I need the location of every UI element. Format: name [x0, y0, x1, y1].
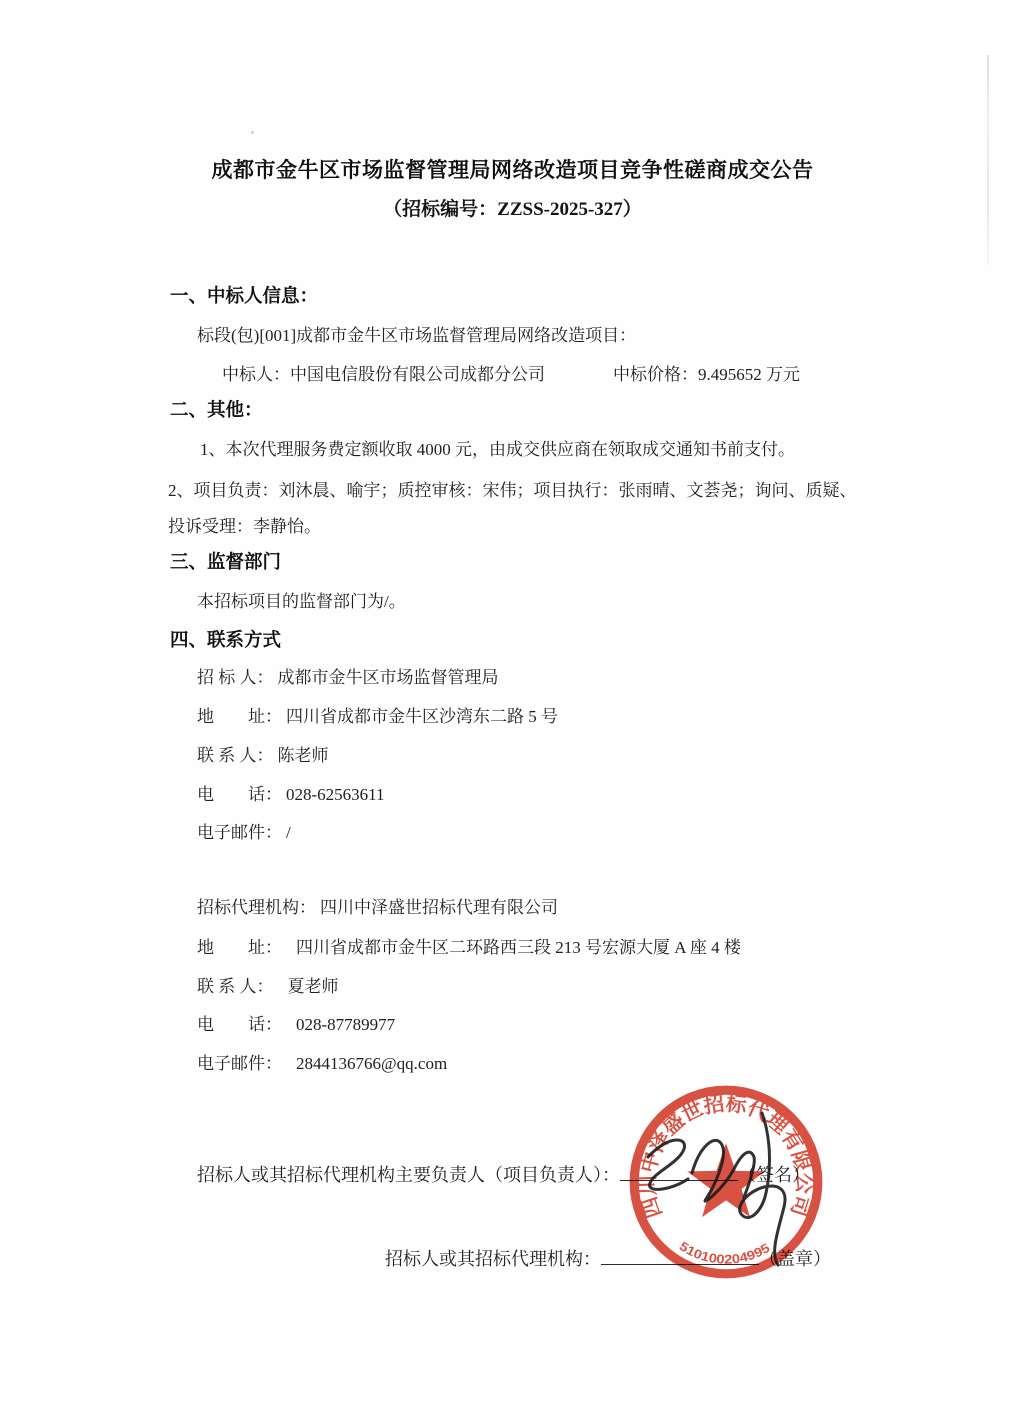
- page-title: 成都市金牛区市场监督管理局网络改造项目竞争性磋商成交公告: [0, 158, 1011, 182]
- section2-heading: 二、其他：: [170, 398, 263, 422]
- agency-contact-label: 联 系 人：: [197, 975, 274, 999]
- tenderer-email-row: 电子邮件：/: [197, 821, 291, 845]
- agency-address-label: 地 址：: [197, 936, 282, 960]
- tenderer-name-label: 招 标 人：: [197, 666, 274, 690]
- agency-phone-row: 电 话：028-87789977: [197, 1013, 395, 1037]
- tenderer-contact-label: 联 系 人：: [197, 744, 274, 768]
- tenderer-address-value: 四川省成都市金牛区沙湾东二路 5 号: [286, 705, 558, 729]
- agency-name-value: 四川中泽盛世招标代理有限公司: [320, 896, 558, 920]
- principal-signoff-label: 招标人或其招标代理机构主要负责人（项目负责人）：: [197, 1165, 620, 1185]
- document-page: 成都市金牛区市场监督管理局网络改造项目竞争性磋商成交公告 （招标编号：ZZSS-…: [0, 0, 1011, 1428]
- tenderer-address-row: 地 址：四川省成都市金牛区沙湾东二路 5 号: [197, 705, 558, 729]
- tenderer-phone-value: 028-62563611: [286, 783, 385, 807]
- tenderer-address-label: 地 址：: [197, 705, 282, 729]
- agency-address-value: 四川省成都市金牛区二环路西三段 213 号宏源大厦 A 座 4 楼: [296, 936, 741, 960]
- other-item2-line2: 投诉受理：李静怡。: [168, 515, 321, 539]
- agency-contact-value: 夏老师: [288, 975, 339, 999]
- agency-email-value: 2844136766@qq.com: [296, 1052, 447, 1076]
- tenderer-email-value: /: [286, 821, 291, 845]
- agency-email-row: 电子邮件：2844136766@qq.com: [197, 1052, 447, 1076]
- other-item2-line1: 2、项目负责：刘沐晨、喻宇；质控审核：宋伟；项目执行：张雨晴、文荟尧；询问、质疑…: [168, 479, 857, 503]
- section4-heading: 四、联系方式: [170, 628, 281, 652]
- tenderer-phone-label: 电 话：: [197, 783, 282, 807]
- signature-stroke: [648, 1140, 688, 1189]
- tenderer-contact-row: 联 系 人：陈老师: [197, 744, 329, 768]
- lot-line: 标段(包)[001]成都市金牛区市场监督管理局网络改造项目：: [197, 324, 636, 348]
- agency-contact-row: 联 系 人：夏老师: [197, 975, 339, 999]
- winner-name: 中标人：中国电信股份有限公司成都分公司: [222, 363, 613, 387]
- section3-heading: 三、监督部门: [170, 550, 281, 574]
- org-signoff-label: 招标人或其招标代理机构：: [385, 1249, 601, 1269]
- agency-name-label: 招标代理机构：: [197, 896, 316, 920]
- agency-name-row: 招标代理机构：四川中泽盛世招标代理有限公司: [197, 896, 558, 920]
- agency-email-label: 电子邮件：: [197, 1052, 282, 1076]
- tenderer-phone-row: 电 话：028-62563611: [197, 783, 385, 807]
- section1-heading: 一、中标人信息：: [170, 284, 318, 308]
- tender-number-subtitle: （招标编号：ZZSS-2025-327）: [0, 198, 1011, 222]
- agency-address-row: 地 址：四川省成都市金牛区二环路西三段 213 号宏源大厦 A 座 4 楼: [197, 936, 741, 960]
- other-item1: 1、本次代理服务费定额收取 4000 元，由成交供应商在领取成交通知书前支付。: [200, 438, 795, 462]
- agency-phone-label: 电 话：: [197, 1013, 282, 1037]
- handwritten-signature: [630, 1095, 805, 1275]
- tenderer-contact-value: 陈老师: [278, 744, 329, 768]
- supervision-body: 本招标项目的监督部门为/。: [197, 590, 406, 614]
- agency-phone-value: 028-87789977: [296, 1013, 395, 1037]
- tenderer-name-row: 招 标 人：成都市金牛区市场监督管理局: [197, 666, 499, 690]
- signature-stroke: [692, 1140, 754, 1201]
- winner-line: 中标人：中国电信股份有限公司成都分公司中标价格：9.495652 万元: [222, 363, 800, 387]
- tenderer-name-value: 成都市金牛区市场监督管理局: [278, 666, 499, 690]
- tenderer-email-label: 电子邮件：: [197, 821, 282, 845]
- winner-price: 中标价格：9.495652 万元: [613, 365, 800, 384]
- scan-speck: [251, 131, 254, 134]
